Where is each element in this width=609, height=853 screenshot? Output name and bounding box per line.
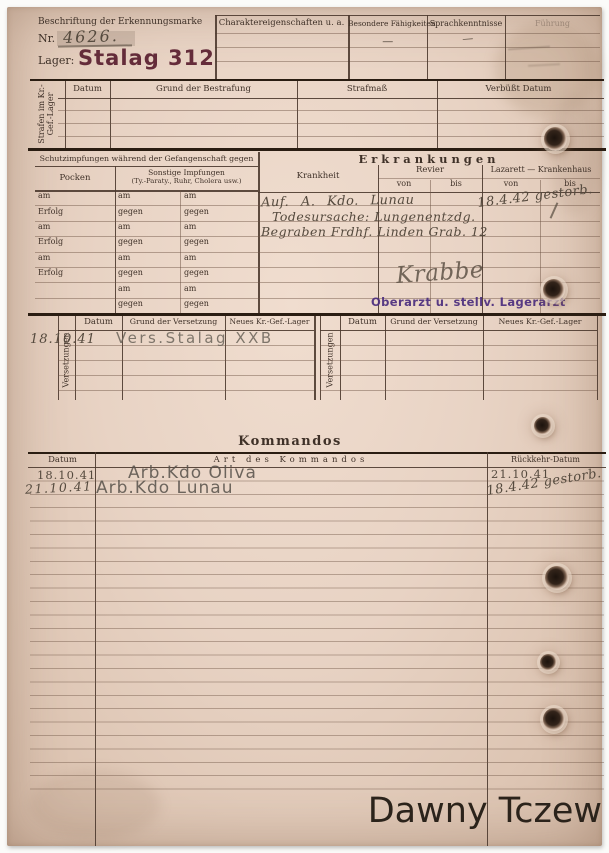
- col-header-punish-date: Datum: [65, 85, 110, 94]
- transfer-entry-date: 18.10.41: [30, 332, 96, 347]
- col-header-conduct: Führung: [505, 20, 600, 29]
- col-header-character: Charaktereigenschaften u. a.: [217, 19, 346, 28]
- section-divider: [28, 452, 606, 454]
- col-header-transfer-reason-l: Grund der Versetzung: [122, 318, 225, 327]
- paper-hole: [540, 654, 557, 671]
- grid-line-h: [320, 330, 597, 331]
- grid-line-v: [320, 316, 321, 400]
- kdo-row-type-stamp: Arb.Kdo Lunau: [96, 478, 233, 498]
- vacc-cell: am: [38, 254, 50, 263]
- illness-entry-line1: Auf. A. Kdo. Lunau: [261, 193, 415, 211]
- vacc-cell: Erfolg: [38, 238, 63, 247]
- vacc-cell: gegen: [118, 238, 143, 247]
- section-divider: [30, 79, 604, 81]
- paper-hole: [543, 279, 565, 301]
- col-header-kdo-return: Rückkehr-Datum: [487, 456, 604, 465]
- punishments-side-label-line1: Strafen im Kr.-: [37, 84, 46, 144]
- illness-entry-line2: Todesursache: Lungenentzdg.: [272, 209, 476, 224]
- vacc-cell: am: [38, 192, 50, 201]
- hospital-from-label: von: [482, 180, 540, 189]
- grid-line-h: [215, 15, 600, 16]
- vacc-cell: am: [118, 254, 130, 263]
- doctor-stamp: Oberarzt u. stellv. Lagerarzt: [371, 295, 566, 309]
- vacc-cell: am: [184, 223, 196, 232]
- vacc-cell: am: [38, 223, 50, 232]
- vacc-cell: am: [184, 254, 196, 263]
- col-header-kdo-date: Datum: [30, 456, 95, 465]
- grid-line-h: [320, 390, 597, 391]
- grid-line-h: [58, 390, 314, 391]
- grid-line-h: [58, 123, 604, 124]
- vaccinations-title: Schutzimpfungen während der Gefangenscha…: [35, 155, 258, 164]
- col-header-punish-served: Verbüßt Datum: [437, 85, 600, 94]
- vacc-cell: am: [184, 192, 196, 201]
- grid-line-v: [58, 316, 59, 400]
- vacc-cell: gegen: [184, 238, 209, 247]
- col-header-punish-sentence: Strafmaß: [297, 85, 437, 94]
- grid-line-h: [320, 360, 597, 361]
- grid-line-h: [215, 61, 600, 62]
- punishments-side-label-line2: Gef.-Lager: [46, 84, 55, 144]
- section-divider: [28, 148, 606, 151]
- camp-label: Lager:: [38, 55, 74, 67]
- scanned-card: Beschriftung der Erkennungsmarke Nr. 462…: [0, 0, 609, 853]
- vacc-cell: gegen: [184, 300, 209, 309]
- grid-line-v: [483, 316, 484, 400]
- vacc-cell: gegen: [118, 269, 143, 278]
- vacc-cell: Erfolg: [38, 208, 63, 217]
- paper-hole: [534, 417, 552, 435]
- infirmary-to-label: bis: [430, 180, 482, 189]
- paper-hole: [543, 708, 565, 731]
- vacc-cell: am: [118, 285, 130, 294]
- section-divider: [28, 313, 606, 316]
- transfer-stamp: Vers.Stalag XXB: [116, 329, 274, 347]
- vacc-cell: Erfolg: [38, 269, 63, 278]
- col-header-transfer-camp-l: Neues Kr.-Gef.-Lager: [225, 318, 314, 326]
- grid-line-h: [35, 166, 258, 167]
- col-header-abilities: Besondere Fähigkeiten: [348, 20, 427, 28]
- tag-inscription-label: Beschriftung der Erkennungsmarke: [38, 18, 202, 28]
- ruled-lines: [30, 468, 604, 795]
- vacc-cell: am: [118, 192, 130, 201]
- grid-line-v: [597, 316, 598, 400]
- grid-line-v: [482, 165, 483, 313]
- col-header-other-vacc: Sonstige Impfungen: [115, 169, 258, 177]
- vacc-cell: gegen: [118, 300, 143, 309]
- grid-line-h: [378, 178, 600, 179]
- grid-line-v: [340, 316, 341, 400]
- grid-line-h: [58, 136, 604, 137]
- grid-line-h: [320, 345, 597, 346]
- col-header-hospital: Lazarett — Krankenhaus: [482, 166, 600, 175]
- grid-line-v: [314, 316, 316, 400]
- col-header-smallpox: Pocken: [35, 174, 115, 183]
- grid-line-h: [58, 98, 604, 99]
- paper-hole: [544, 127, 567, 151]
- grid-line-v: [75, 316, 76, 400]
- punishments-side-label: Strafen im Kr.- Gef.-Lager: [37, 84, 55, 144]
- grid-line-v: [115, 166, 116, 313]
- watermark-text: Dawny Tczew: [340, 791, 602, 831]
- grid-line-h: [35, 252, 600, 253]
- illness-entry-line3: Begraben Frdhf. Linden Grab. 12: [261, 224, 488, 239]
- vacc-cell: am: [184, 285, 196, 294]
- abilities-dash-mark: —: [368, 35, 408, 48]
- vacc-cell: gegen: [184, 208, 209, 217]
- infirmary-from-label: von: [378, 180, 430, 189]
- grid-line-h: [58, 375, 314, 376]
- camp-stamp: Stalag 312: [78, 46, 215, 70]
- grid-line-h: [320, 375, 597, 376]
- col-header-transfer-reason-r: Grund der Versetzung: [385, 318, 483, 327]
- nr-label: Nr.: [38, 33, 55, 45]
- illnesses-title: Erkrankungen: [258, 153, 600, 166]
- grid-line-h: [58, 110, 604, 111]
- grid-line-v: [378, 165, 379, 313]
- paper-hole: [545, 566, 569, 590]
- grid-line-h: [35, 267, 600, 268]
- col-header-languages: Sprachkenntnisse: [427, 20, 505, 29]
- grid-line-h: [35, 190, 258, 192]
- vacc-cell: gegen: [184, 269, 209, 278]
- col-header-transfer-camp-r: Neues Kr.-Gef.-Lager: [483, 318, 597, 327]
- grid-line-h: [35, 282, 600, 283]
- kommandos-title: Kommandos: [20, 435, 560, 449]
- col-header-punish-reason: Grund der Bestrafung: [110, 85, 297, 94]
- col-header-transfer-date-l: Datum: [75, 318, 122, 327]
- grid-line-v: [430, 180, 431, 313]
- grid-line-v: [385, 316, 386, 400]
- col-header-transfer-date-r: Datum: [340, 318, 385, 327]
- vacc-cell: am: [118, 223, 130, 232]
- col-header-disease: Krankheit: [258, 172, 378, 181]
- grid-line-h: [215, 33, 600, 34]
- vacc-cell: gegen: [118, 208, 143, 217]
- col-header-infirmary: Revier: [378, 166, 482, 175]
- grid-line-h: [58, 360, 314, 361]
- col-header-other-vacc-sub: (Ty.-Paraty., Ruhr, Cholera usw.): [115, 178, 258, 185]
